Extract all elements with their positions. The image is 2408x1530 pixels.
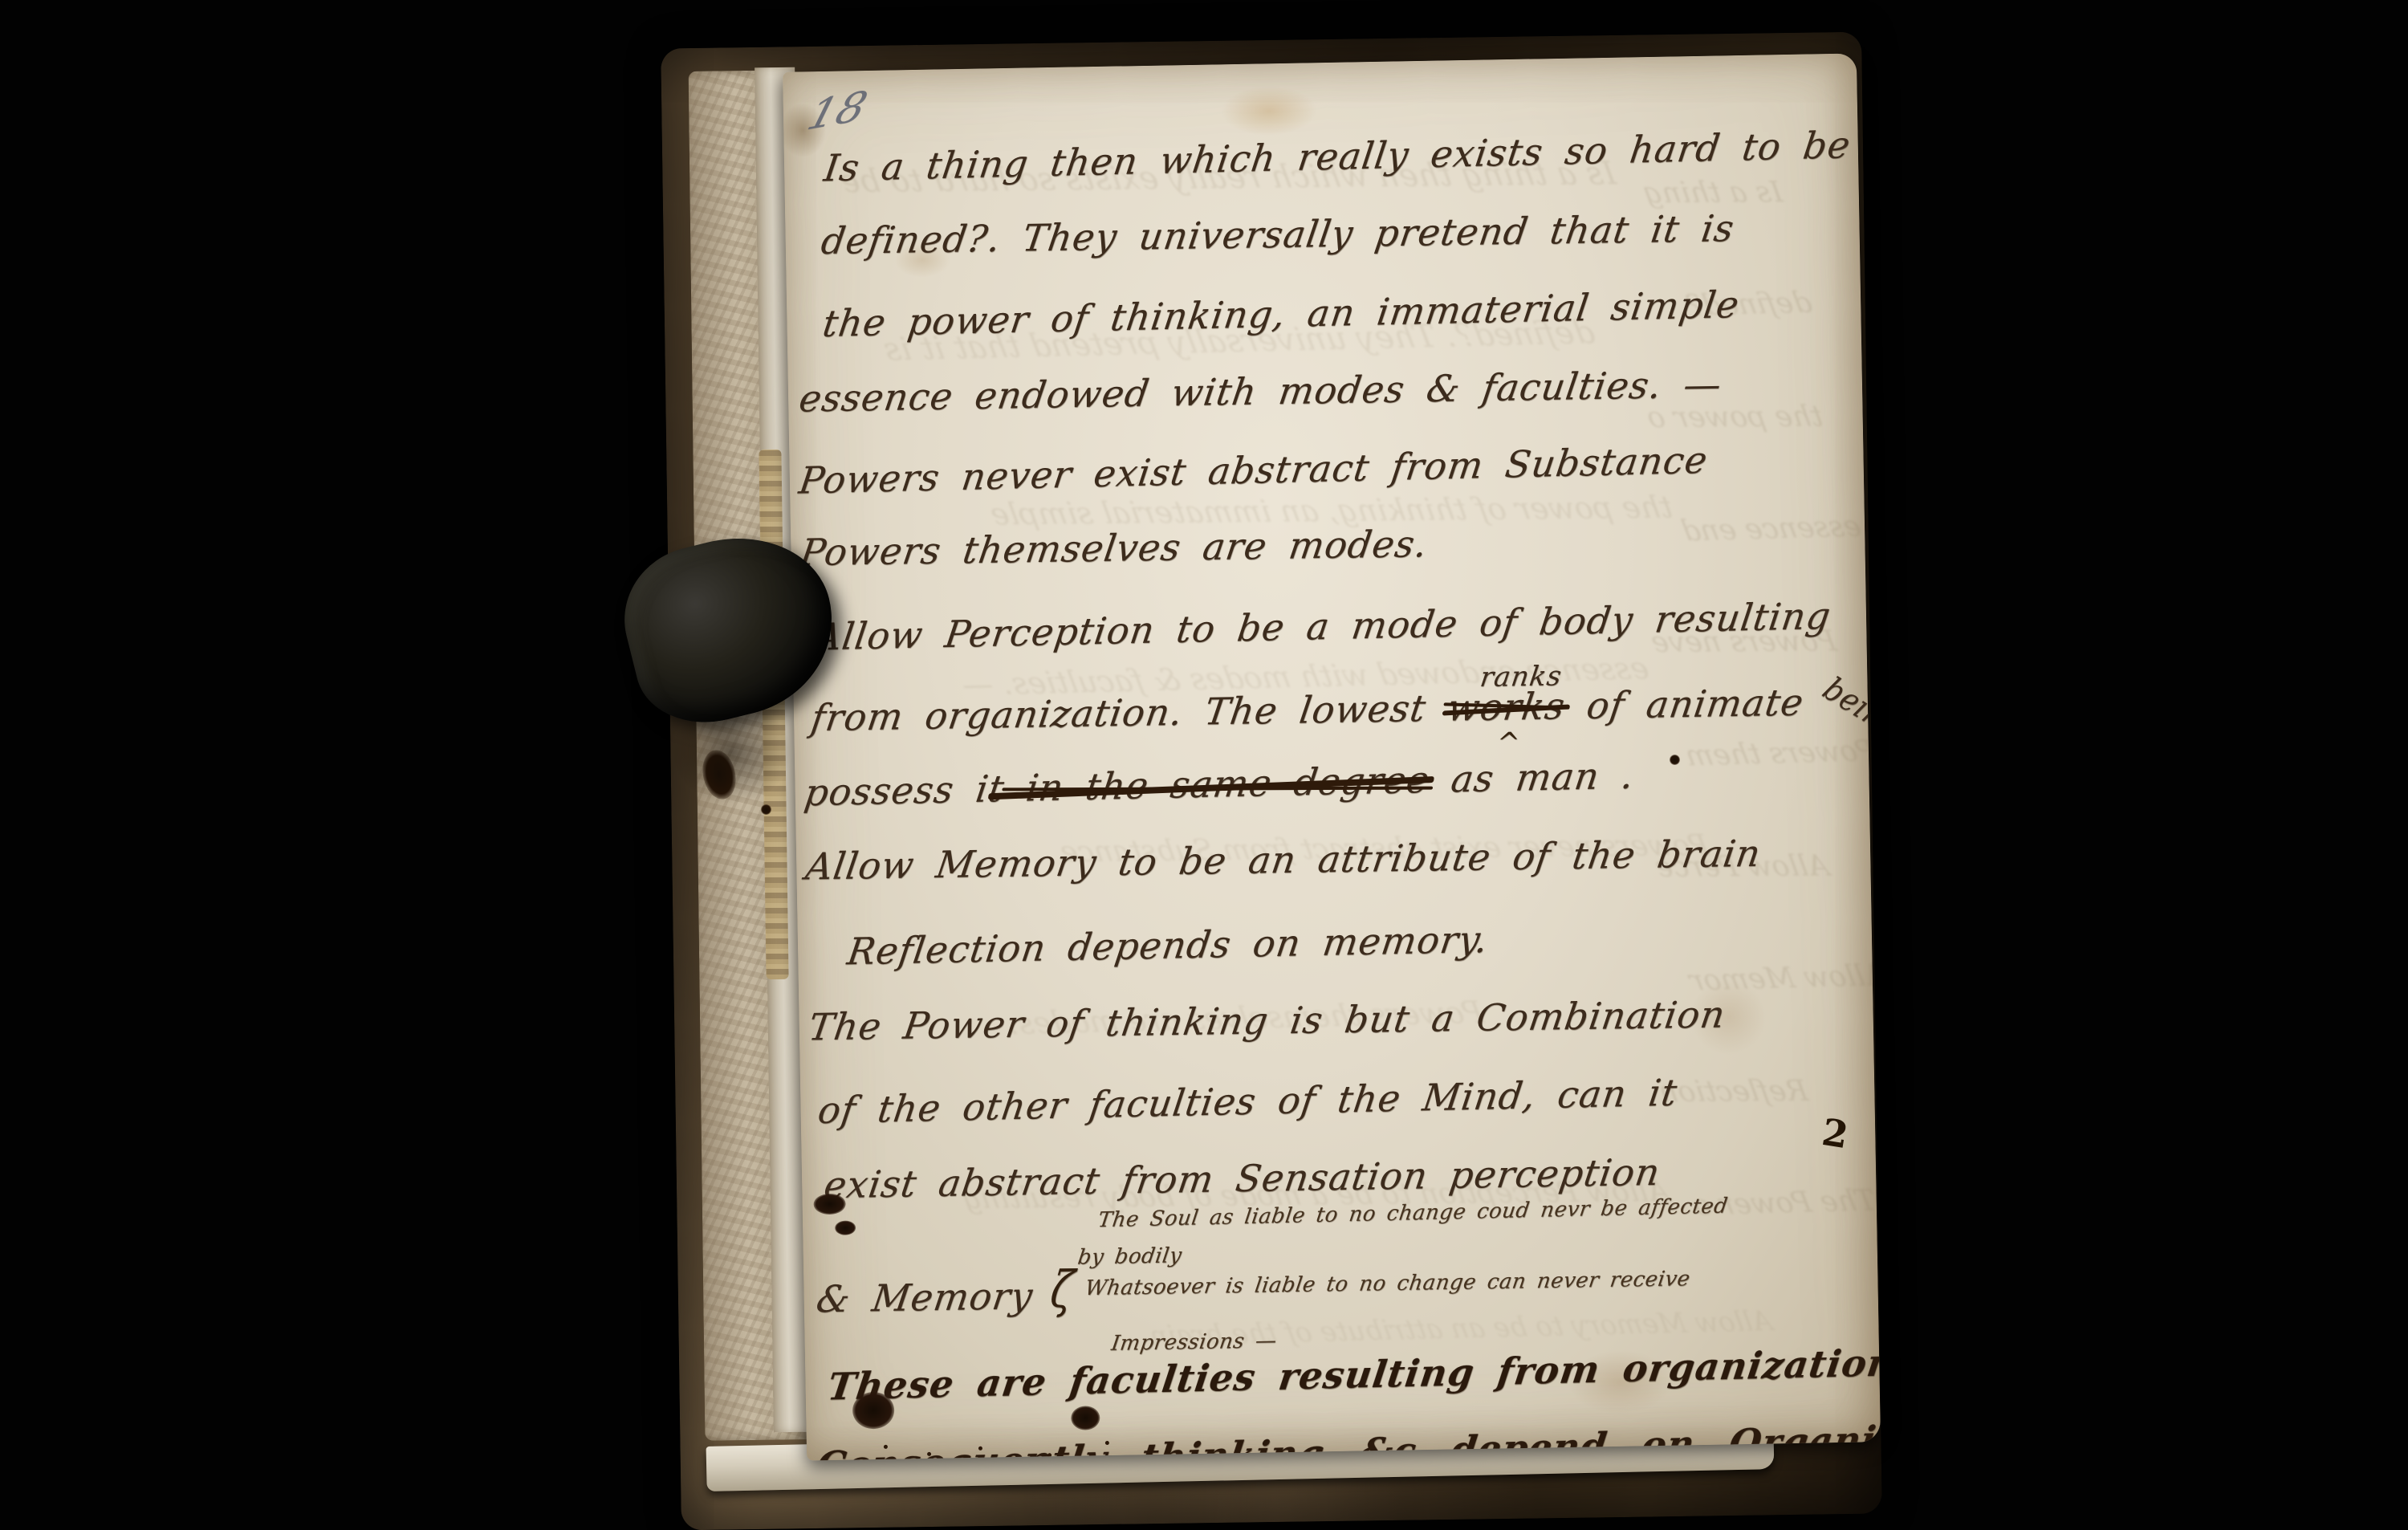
manuscript-line: The Power of thinking is but a Combinati… bbox=[806, 992, 1728, 1048]
manuscript-line: Reflection depends on memory. bbox=[844, 918, 1491, 973]
paper-stain bbox=[1220, 85, 1317, 136]
manuscript-line-edited: possess it in the same degree as man . bbox=[802, 754, 1637, 815]
manuscript-line: Is a thing then which really exists so h… bbox=[821, 123, 1853, 189]
manuscript-line: of the other faculties of the Mind, can … bbox=[816, 1071, 1680, 1133]
inserted-word: ranks bbox=[1478, 660, 1564, 694]
manuscript-line: the power of thinking, an immaterial sim… bbox=[820, 283, 1743, 345]
ink-speck bbox=[1105, 1441, 1109, 1445]
manuscript-line: essence endowed with modes & faculties. … bbox=[796, 362, 1725, 420]
line-text: from organization. The lowest bbox=[808, 686, 1451, 740]
ink-speck bbox=[884, 1445, 888, 1449]
manuscript-line: Allow Memory to be an attribute of the b… bbox=[803, 832, 1763, 889]
struck-phrase: in the same degree bbox=[1023, 758, 1432, 810]
page-number: 18 bbox=[802, 83, 872, 140]
manuscript-line-with-insertion: & MemoryζWhatsoever is liable to no chan… bbox=[814, 1261, 1693, 1321]
caret-mark: ^ bbox=[1495, 726, 1523, 759]
insertion-mark: ζ bbox=[1047, 1260, 1078, 1319]
manuscript-line-edited: from organization. The lowest worksranks… bbox=[808, 678, 1881, 739]
ink-blot bbox=[852, 1392, 895, 1430]
ink-speck bbox=[978, 1447, 982, 1451]
manuscript-line: Allow Perception to be a mode of body re… bbox=[812, 594, 1834, 659]
ink-smudge bbox=[813, 1194, 845, 1215]
line-text: possess it bbox=[802, 766, 1030, 814]
edge-numeral: 2 bbox=[1819, 1110, 1851, 1157]
line-text: of animate bbox=[1562, 680, 1829, 727]
ink-blot bbox=[1071, 1406, 1100, 1430]
struck-word-wrap: worksranks^ bbox=[1445, 684, 1568, 729]
ink-smudge bbox=[835, 1220, 856, 1235]
manuscript-page: Is a thing then which really exists so h… bbox=[783, 53, 1881, 1460]
ink-dot bbox=[1670, 755, 1680, 765]
photo-black-background: Is a thing then which really exists so h… bbox=[0, 0, 2408, 1530]
line-text: as man . bbox=[1426, 754, 1637, 802]
interlinear-note: Impressions — bbox=[1110, 1329, 1279, 1356]
interlinear-note: by bodily bbox=[1076, 1243, 1184, 1269]
manuscript-line: defined?. They universally pretend that … bbox=[819, 206, 1738, 262]
manuscript-line: Powers never exist abstract from Substan… bbox=[796, 438, 1710, 503]
ink-speck bbox=[927, 1452, 931, 1456]
manuscript-line: Powers themselves are modes. bbox=[798, 522, 1431, 574]
interlinear-note: Whatsoever is liable to no change can ne… bbox=[1084, 1267, 1692, 1300]
line-text: & Memory bbox=[814, 1274, 1036, 1320]
manuscript-line: These are faculties resulting from organ… bbox=[825, 1341, 1881, 1408]
ink-dot bbox=[761, 804, 771, 815]
